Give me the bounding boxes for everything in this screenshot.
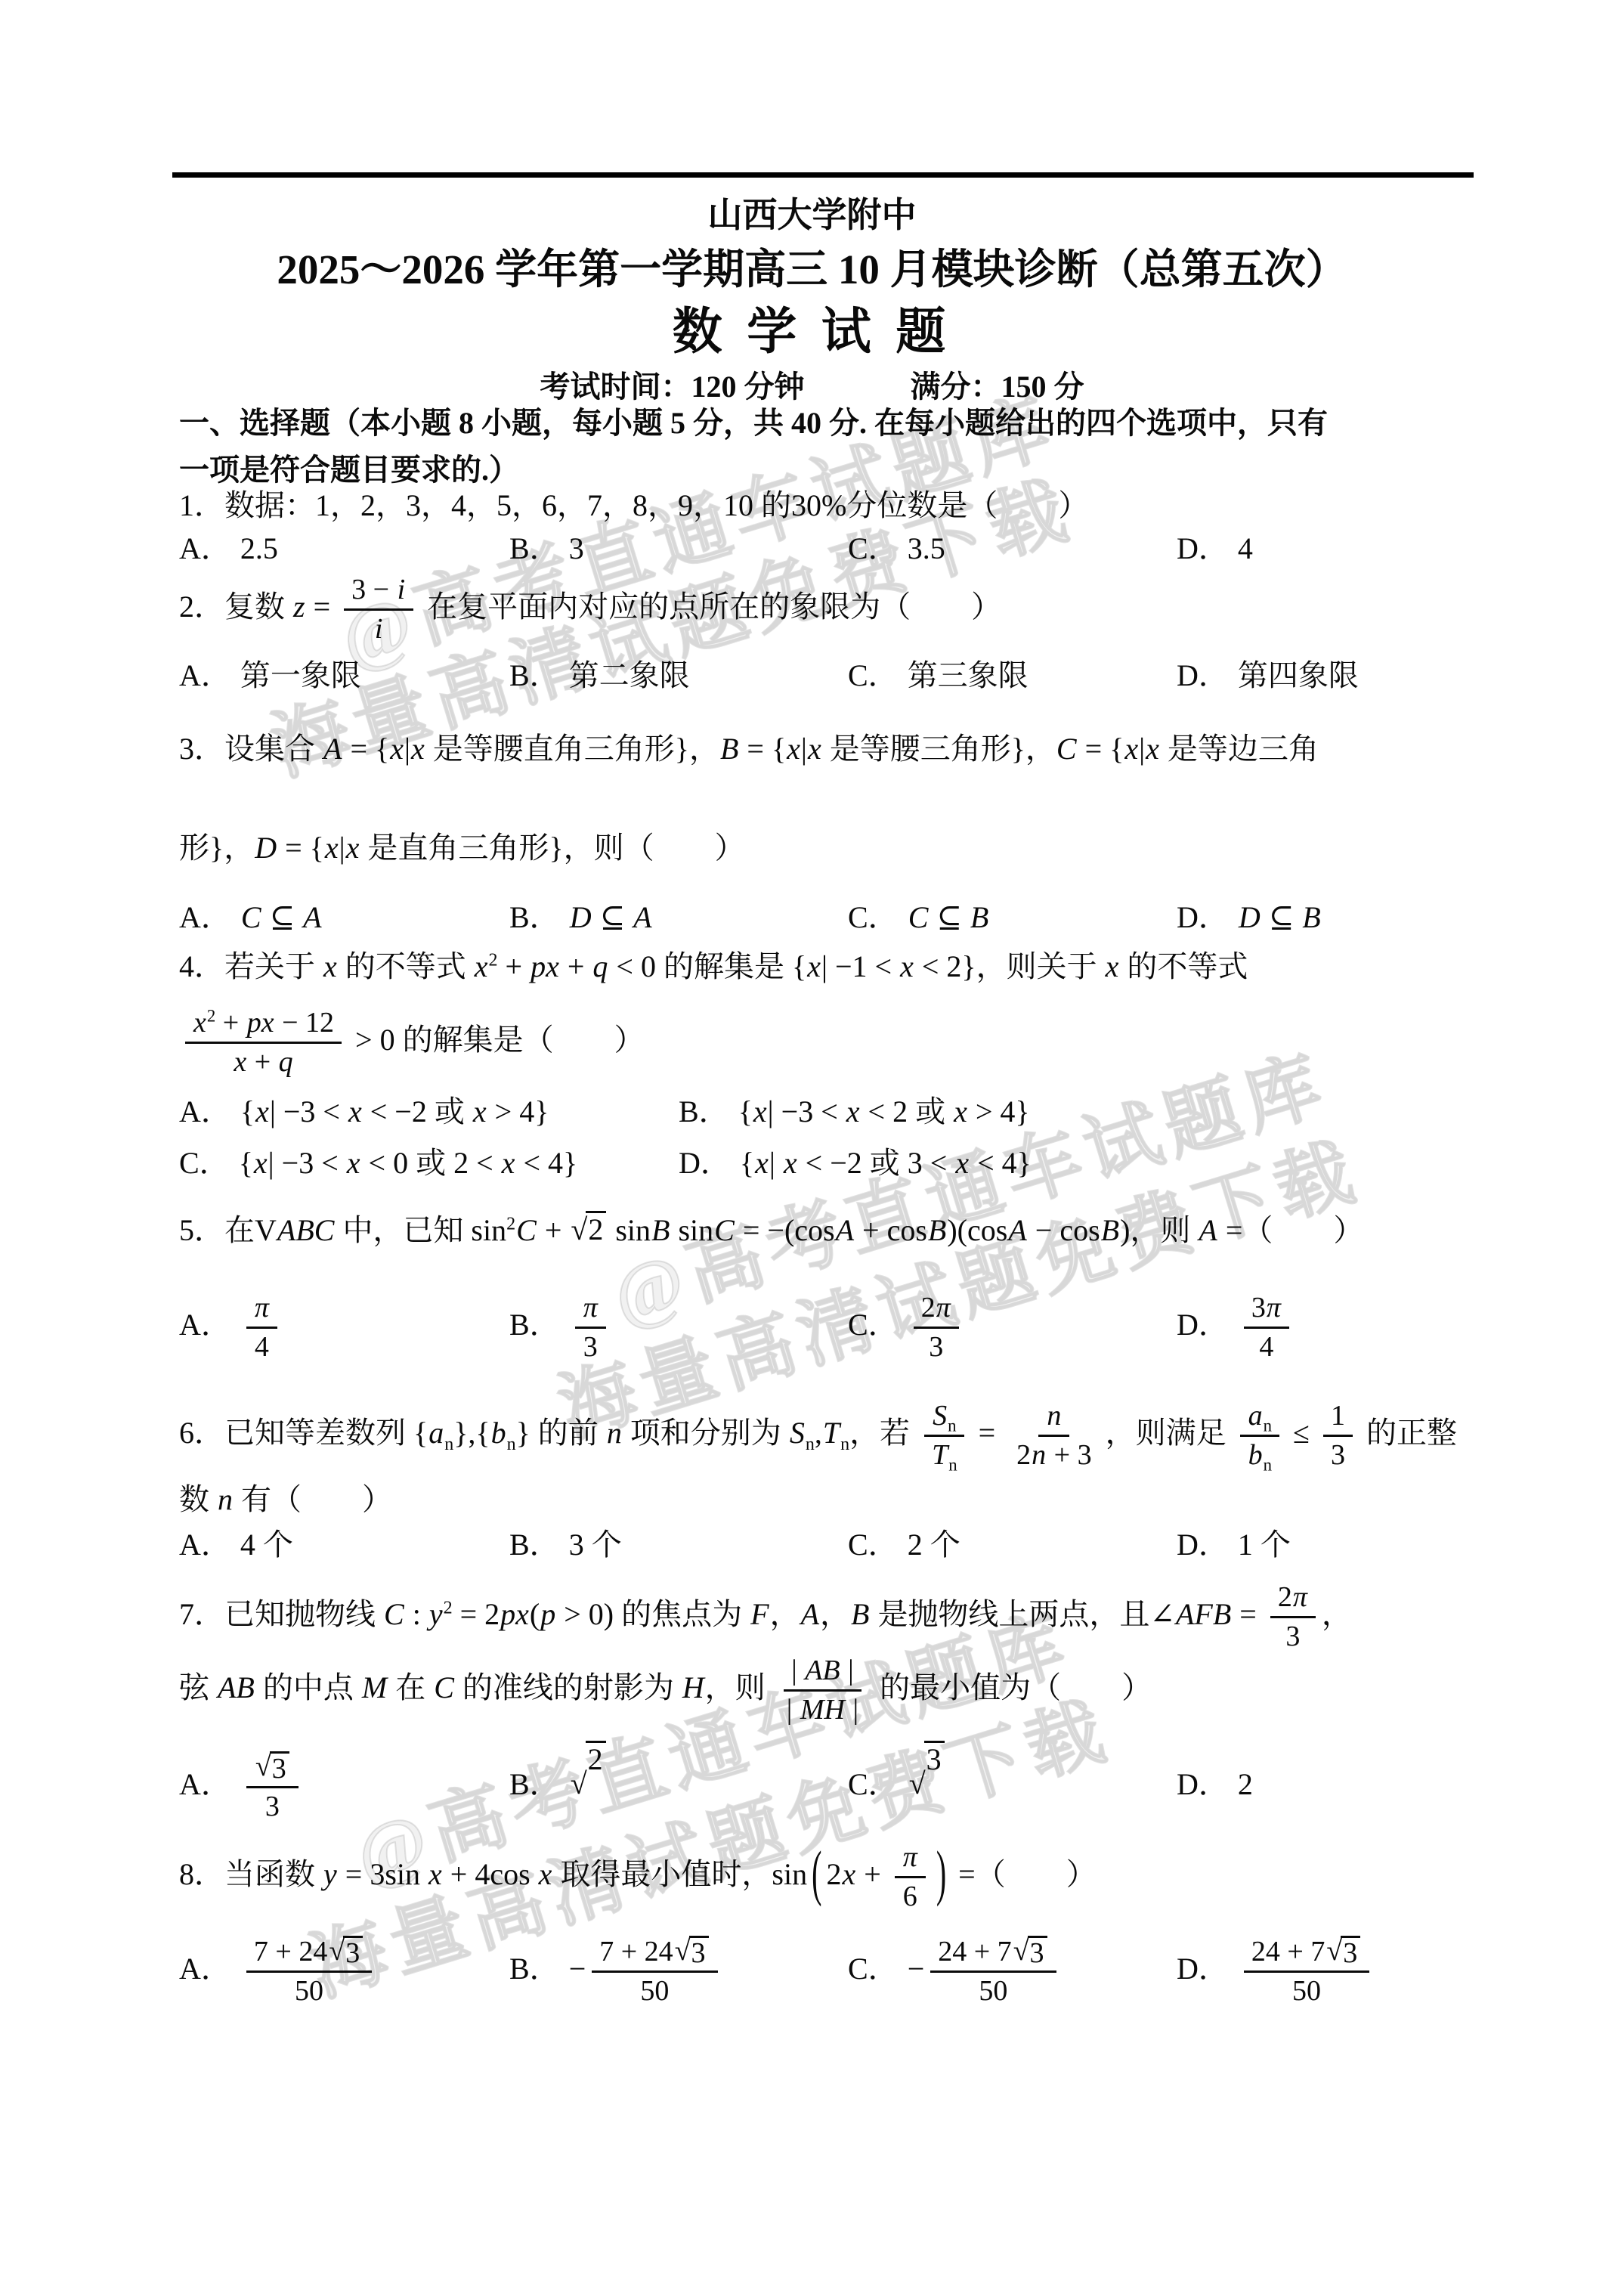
answer-option: A．第一象限 (179, 655, 361, 697)
option-label: C． (848, 658, 899, 692)
question-3-stem-line-2: 形}，D = {x|x 是直角三角形}，则（ ） (179, 828, 1532, 868)
answer-option: D．24 + 7√350 (1177, 1921, 1375, 2016)
option-label: A． (179, 1528, 231, 1562)
option-label: A． (179, 531, 231, 565)
option-value: C ⊆ B (908, 900, 990, 934)
question-2-stem: 2．复数 z = 3 − ii 在复平面内对应的点所在的象限为（ ） (179, 563, 1532, 650)
option-value: 第四象限 (1238, 658, 1359, 692)
option-value: −7 + 24√350 (569, 1952, 724, 1986)
option-label: C． (848, 1528, 899, 1562)
answer-option: B．−7 + 24√350 (509, 1921, 724, 2016)
answer-option: A．7 + 24√350 (179, 1921, 378, 2016)
answer-option: B．3 个 (509, 1524, 622, 1566)
option-value: 3 (569, 531, 584, 565)
option-value: 2 个 (908, 1528, 960, 1562)
option-value: C ⊆ A (240, 900, 323, 934)
option-value: D ⊆ A (569, 900, 653, 934)
answer-option: A．{x| −3 < x < −2 或 x > 4} (179, 1091, 549, 1133)
option-label: A． (179, 1952, 231, 1986)
option-value: 24 + 7√350 (1238, 1952, 1375, 1986)
answer-option: C．第三象限 (848, 655, 1029, 697)
answer-option: D．第四象限 (1177, 655, 1359, 697)
question-5-stem: 5．在VABC 中，已知 sin2C + √2 sinB sinC = −(co… (179, 1211, 1532, 1250)
answer-option: C．2 个 (848, 1524, 960, 1566)
exam-duration: 考试时间：120 分钟 (540, 363, 805, 406)
option-label: D． (1177, 1308, 1229, 1342)
option-value: 1 个 (1238, 1528, 1291, 1562)
section-intro-line-2: 一项是符合题目要求的.） (179, 450, 1532, 490)
option-label: C． (179, 1146, 230, 1180)
option-label: A． (179, 1767, 231, 1801)
question-4-stem-line-2: x2 + px − 12x + q > 0 的解集是（ ） (179, 996, 1532, 1083)
option-value: 7 + 24√350 (240, 1952, 378, 1986)
option-value: {x| −3 < x < 0 或 2 < x < 4} (239, 1146, 578, 1180)
option-label: A． (179, 1308, 231, 1342)
option-value: π3 (569, 1308, 612, 1342)
option-label: B． (509, 1952, 560, 1986)
question-7-options: A．√33B．√2C．√3D．2 (179, 1741, 1562, 1828)
option-value: 第二象限 (569, 658, 690, 692)
option-value: 4 (1238, 531, 1253, 565)
option-label: D． (1177, 1767, 1229, 1801)
option-label: C． (848, 1308, 899, 1342)
exam-subtitle: 2025～2026 学年第一学期高三 10 月模块诊断（总第五次） (0, 236, 1624, 296)
option-label: D． (1177, 1528, 1229, 1562)
answer-option: B．√2 (509, 1741, 608, 1828)
option-value: √33 (240, 1767, 305, 1801)
answer-option: D．1 个 (1177, 1524, 1291, 1566)
question-6-stem-line-1: 6．已知等差数列 {an},{bn} 的前 n 项和分别为 Sn,Tn，若 Sn… (179, 1389, 1532, 1476)
answer-option: B．第二象限 (509, 655, 690, 697)
answer-option: A．√33 (179, 1741, 305, 1828)
answer-option: C．−24 + 7√350 (848, 1921, 1063, 2016)
option-value: −24 + 7√350 (908, 1952, 1063, 1986)
option-label: B． (509, 900, 560, 934)
question-8-options: A．7 + 24√350B．−7 + 24√350C．−24 + 7√350D．… (179, 1921, 1562, 2016)
option-value: 第一象限 (240, 658, 361, 692)
option-label: B． (509, 531, 560, 565)
option-value: 4 个 (240, 1528, 293, 1562)
answer-option: D．{x| x < −2 或 3 < x < 4} (679, 1142, 1032, 1184)
question-3-options: A．C ⊆ AB．D ⊆ AC．C ⊆ BD．D ⊆ B (179, 896, 1562, 939)
exam-title: 数 学 试 题 (0, 291, 1624, 363)
question-8-stem: 8．当函数 y = 3sin x + 4cos x 取得最小值时，sin(2x … (179, 1831, 1532, 1918)
option-label: C． (848, 531, 899, 565)
question-4-options: A．{x| −3 < x < −2 或 x > 4}B．{x| −3 < x <… (179, 1091, 1562, 1189)
option-label: B． (509, 658, 560, 692)
option-label: A． (179, 1094, 231, 1128)
option-value: {x| −3 < x < −2 或 x > 4} (240, 1094, 549, 1128)
answer-option: B．D ⊆ A (509, 896, 653, 939)
option-value: 2π3 (908, 1308, 965, 1342)
exam-page: @高考直通车试题库 海量高清试题免费下载 @高考直通车试题库 海量高清试题免费下… (0, 0, 1624, 2294)
option-label: B． (509, 1308, 560, 1342)
section-intro-line-1: 一、选择题（本小题 8 小题，每小题 5 分，共 40 分. 在每小题给出的四个… (179, 404, 1532, 443)
header-rule (172, 172, 1474, 178)
option-label: D． (1177, 1952, 1229, 1986)
option-label: B． (509, 1528, 560, 1562)
exam-full-score: 满分：150 分 (911, 363, 1084, 406)
option-label: A． (179, 900, 231, 934)
answer-option: C．√3 (848, 1741, 946, 1828)
question-5-options: A．π4B．π3C．2π3D．3π4 (179, 1281, 1562, 1368)
option-value: √2 (569, 1767, 608, 1801)
option-value: 第三象限 (908, 658, 1029, 692)
option-label: C． (848, 1952, 899, 1986)
option-label: B． (509, 1767, 560, 1801)
option-value: 2 (1238, 1767, 1253, 1801)
option-value: 2.5 (240, 531, 278, 565)
option-value: 3π4 (1238, 1308, 1295, 1342)
question-1-stem: 1．数据：1，2，3，4，5，6，7，8，9，10 的30%分位数是（ ） (179, 486, 1532, 525)
question-6-options: A．4 个B．3 个C．2 个D．1 个 (179, 1524, 1562, 1566)
question-7-stem-line-1: 7．已知抛物线 C : y2 = 2px(p > 0) 的焦点为 F，A，B 是… (179, 1571, 1532, 1658)
answer-option: C．2π3 (848, 1281, 965, 1368)
option-value: {x| −3 < x < 2 或 x > 4} (738, 1094, 1030, 1128)
option-label: D． (1177, 900, 1229, 934)
answer-option: D．3π4 (1177, 1281, 1295, 1368)
question-4-stem-line-1: 4．若关于 x 的不等式 x2 + px + q < 0 的解集是 {x| −1… (179, 947, 1532, 986)
answer-option: A．C ⊆ A (179, 896, 323, 939)
answer-option: C．{x| −3 < x < 0 或 2 < x < 4} (179, 1142, 577, 1184)
option-label: D． (1177, 658, 1229, 692)
answer-option: D．2 (1177, 1741, 1253, 1828)
answer-option: A．4 个 (179, 1524, 293, 1566)
question-3-stem-line-1: 3．设集合 A = {x|x 是等腰直角三角形}，B = {x|x 是等腰三角形… (179, 729, 1532, 769)
option-value: {x| x < −2 或 3 < x < 4} (740, 1146, 1032, 1180)
option-value: D ⊆ B (1238, 900, 1322, 934)
option-label: C． (848, 1767, 899, 1801)
option-label: D． (679, 1146, 731, 1180)
answer-option: C．C ⊆ B (848, 896, 989, 939)
question-7-stem-line-2: 弦 AB 的中点 M 在 C 的准线的射影为 H，则 | AB || MH | … (179, 1646, 1532, 1729)
answer-option: A．π4 (179, 1281, 283, 1368)
option-label: D． (1177, 531, 1229, 565)
answer-option: B．{x| −3 < x < 2 或 x > 4} (679, 1091, 1030, 1133)
option-value: π4 (240, 1308, 283, 1342)
option-label: B． (679, 1094, 729, 1128)
school-name: 山西大学附中 (0, 187, 1624, 237)
option-label: C． (848, 900, 899, 934)
option-label: A． (179, 658, 231, 692)
answer-option: B．π3 (509, 1281, 612, 1368)
question-6-stem-line-2: 数 n 有（ ） (179, 1480, 1532, 1519)
question-2-options: A．第一象限B．第二象限C．第三象限D．第四象限 (179, 655, 1562, 697)
option-value: 3.5 (908, 531, 945, 565)
answer-option: D．D ⊆ B (1177, 896, 1322, 939)
option-value: 3 个 (569, 1528, 622, 1562)
exam-meta: 考试时间：120 分钟 满分：150 分 (0, 363, 1624, 406)
